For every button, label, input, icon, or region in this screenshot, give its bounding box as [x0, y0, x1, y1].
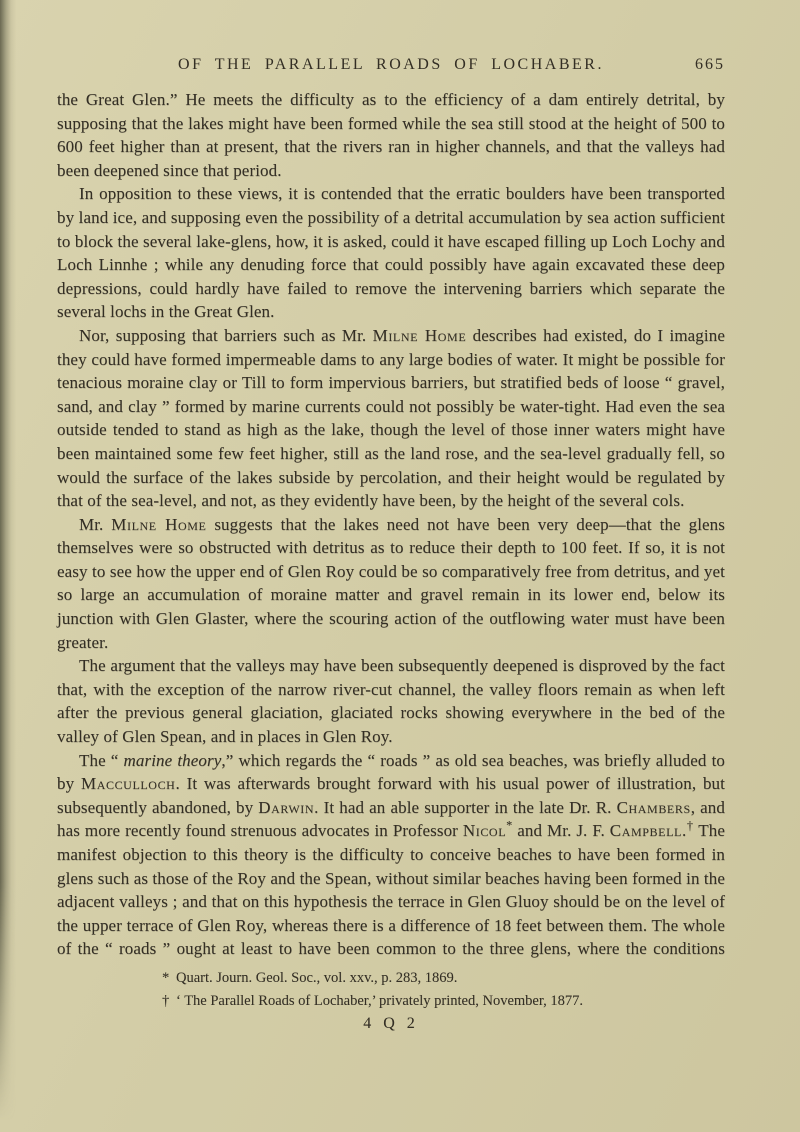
body-text: the Great Glen.” He meets the difficulty… [57, 88, 725, 961]
footnote: †‘ The Parallel Roads of Lochaber,’ priv… [162, 990, 725, 1013]
scanned-book-page: OF THE PARALLEL ROADS OF LOCHABER. 665 t… [0, 0, 800, 1132]
page-number: 665 [695, 56, 725, 74]
body-paragraph: In opposition to these views, it is cont… [57, 182, 725, 324]
footnote-text: ‘ The Parallel Roads of Lochaber,’ priva… [176, 993, 583, 1009]
footnote-marker: * [162, 967, 176, 990]
printer-signature: 4 Q 2 [57, 1015, 725, 1033]
footnote-text: Quart. Journ. Geol. Soc., vol. xxv., p. … [176, 970, 457, 986]
footnotes: *Quart. Journ. Geol. Soc., vol. xxv., p.… [162, 967, 725, 1013]
body-paragraph: Nor, supposing that barriers such as Mr.… [57, 324, 725, 513]
running-title: OF THE PARALLEL ROADS OF LOCHABER. [57, 56, 725, 74]
page-header: OF THE PARALLEL ROADS OF LOCHABER. 665 [57, 56, 725, 78]
page-content: OF THE PARALLEL ROADS OF LOCHABER. 665 t… [57, 56, 725, 1033]
page-edge-shadow [0, 0, 16, 1132]
body-paragraph: the Great Glen.” He meets the difficulty… [57, 88, 725, 182]
footnote: *Quart. Journ. Geol. Soc., vol. xxv., p.… [162, 967, 725, 990]
body-paragraph: Mr. Milne Home suggests that the lakes n… [57, 513, 725, 655]
footnote-marker: † [162, 990, 176, 1013]
body-paragraph: The argument that the valleys may have b… [57, 654, 725, 748]
body-paragraph: The “ marine theory,” which regards the … [57, 749, 725, 961]
